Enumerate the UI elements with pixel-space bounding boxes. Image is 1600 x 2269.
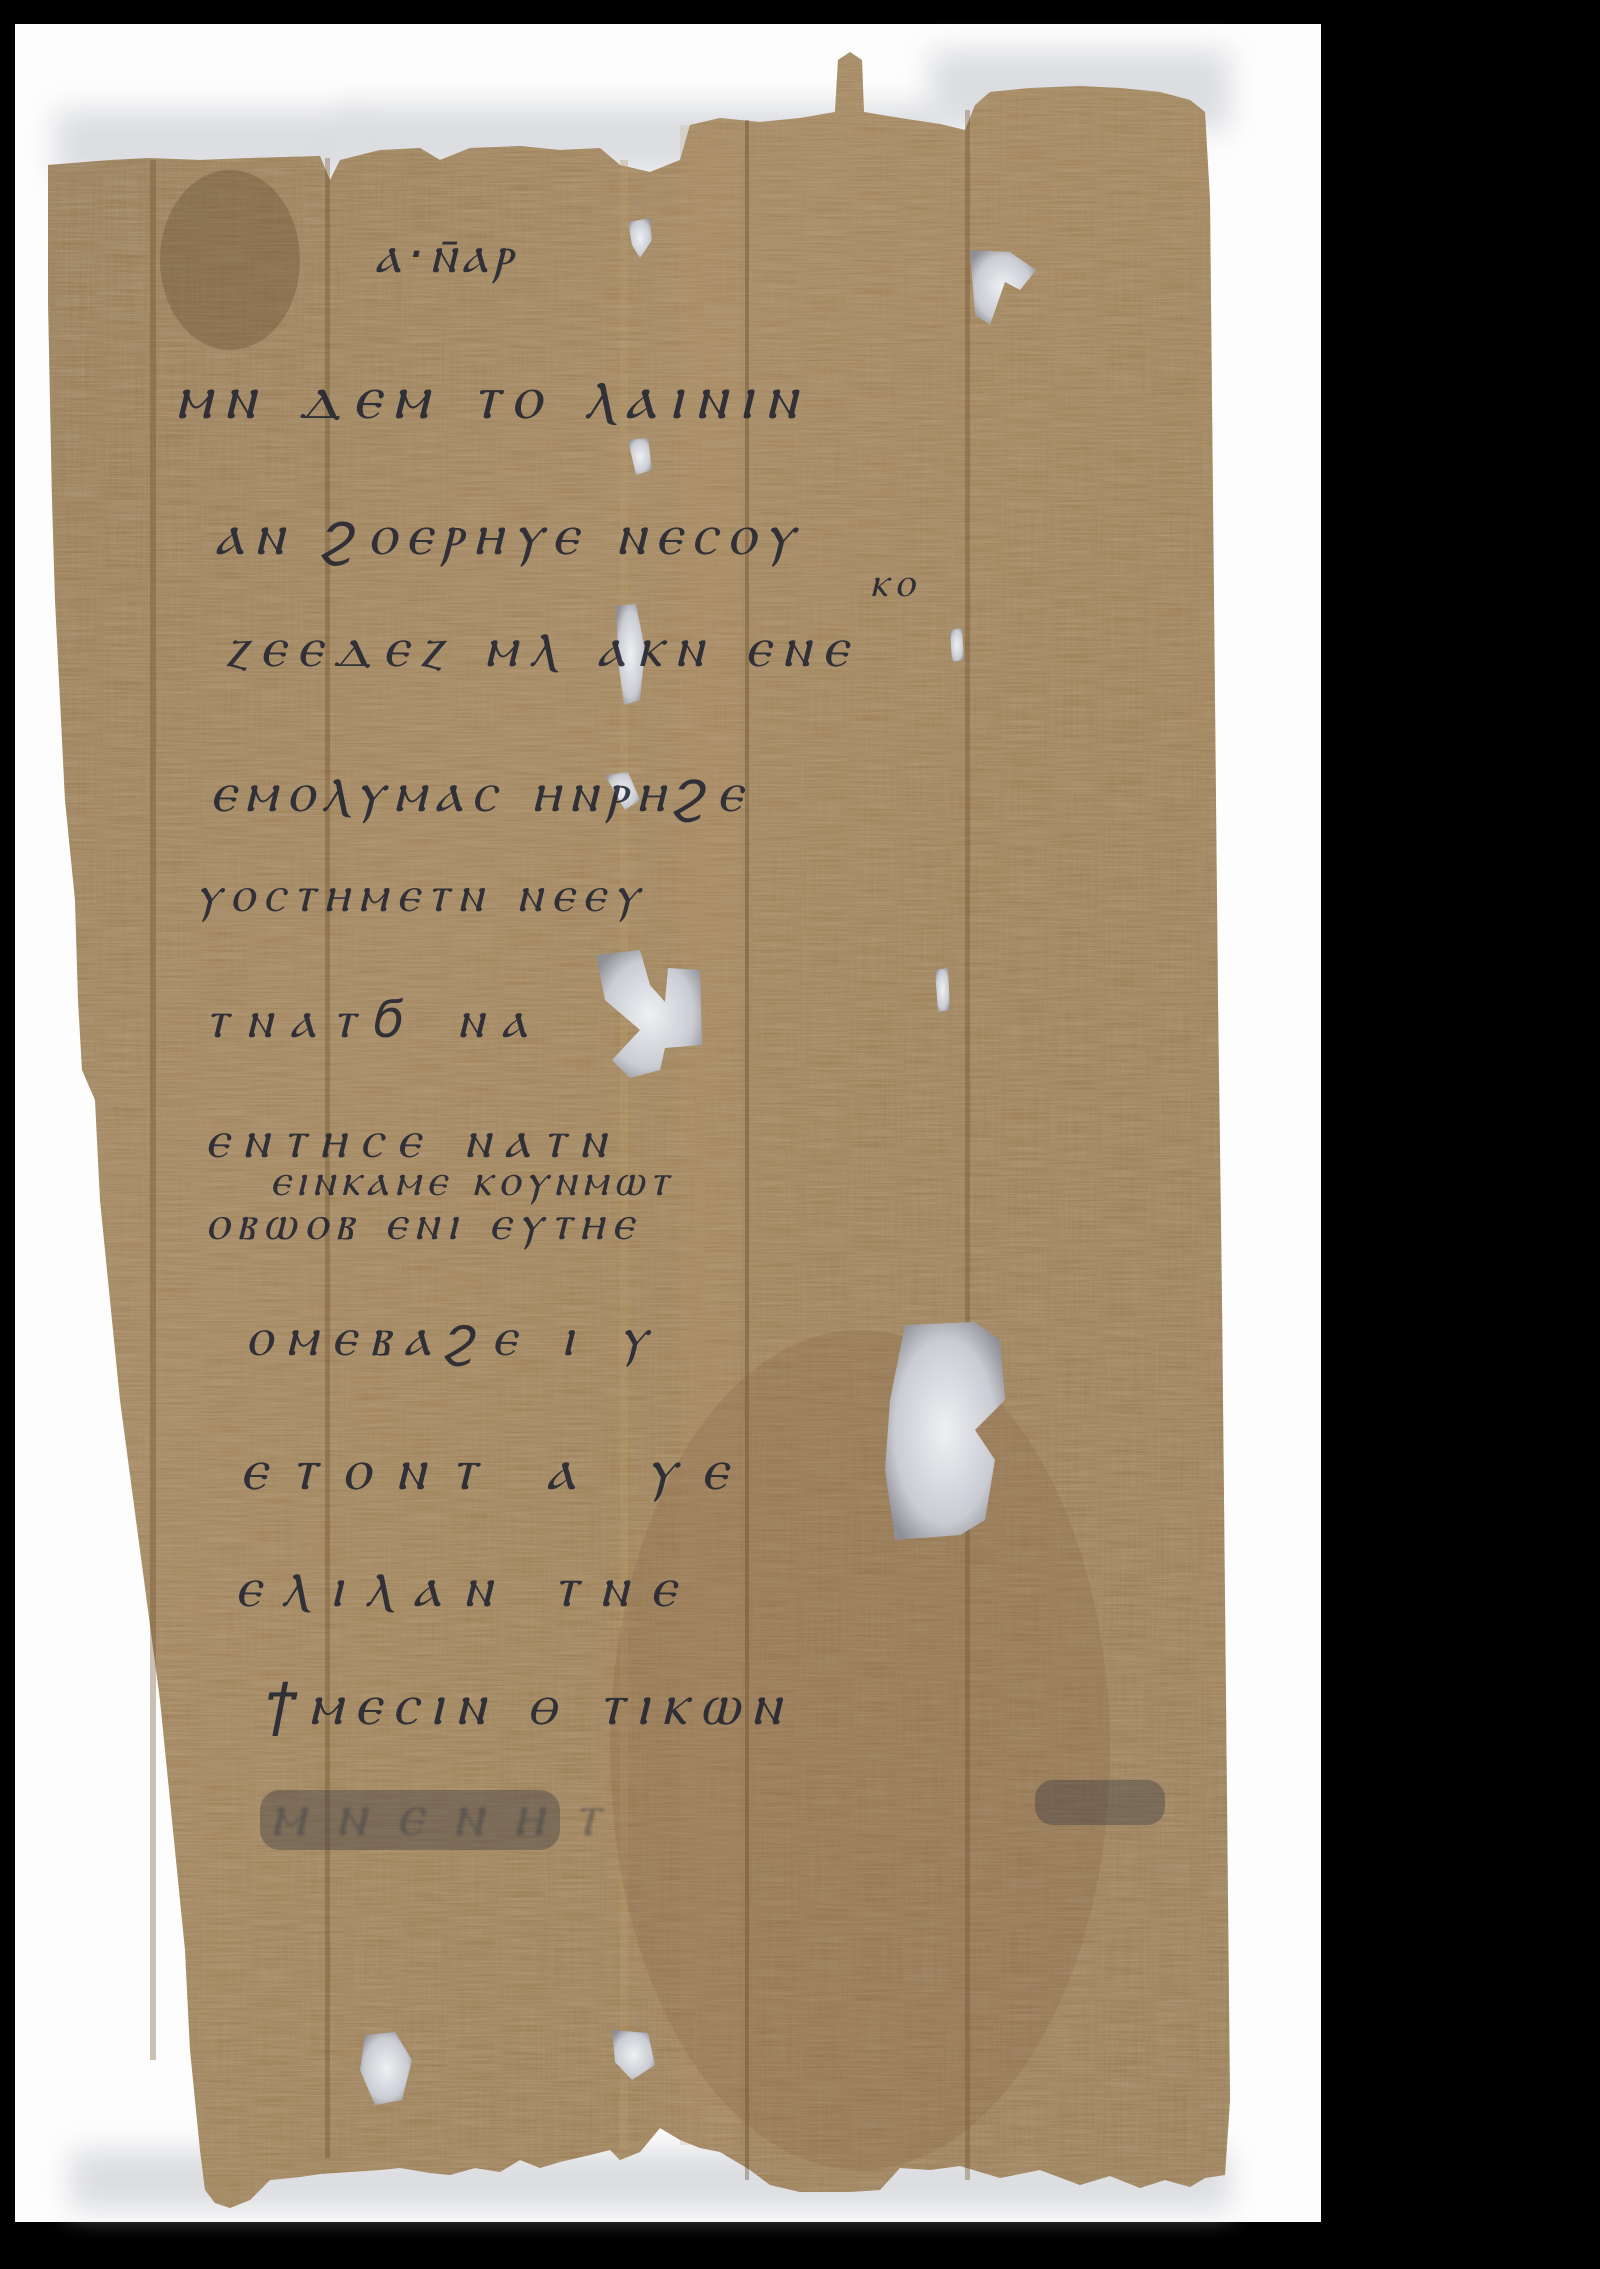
text-line-4: ⲍⲉⲉⲇⲉⲍ ⲙⲗ ⲁⲕⲛ ⲉⲛⲉ [225,615,859,681]
text-line-11: ⲟⲙⲉⲃⲁϩⲉ ⲓ ⲩ [245,1305,661,1369]
text-line-10: ⲟⲃⲱⲟⲃ ⲉⲛⲓ ⲉⲩⲧⲏⲉ [205,1195,641,1252]
text-line-1: ⲁ·ⲛ̄ⲁⲣ [375,225,518,286]
text-line-3: ⲁⲛ ϩⲟⲉⲣⲏⲩⲉ ⲛⲉⲥⲟⲩ [215,500,804,569]
text-line-15-faded: ⲙⲛⲉⲛⲏⲧ [270,1780,629,1850]
text-line-13: ⲉⲗⲓⲗⲁⲛ ⲧⲛⲉ [235,1555,697,1621]
text-line-6: ⲩⲟⲥⲧⲏⲙⲉⲧⲛ ⲛⲉⲉⲩ [195,865,647,924]
hole [950,628,964,662]
text-line-5: ⲉⲙⲟⲗⲩⲙⲁⲥ ⲏⲛⲣⲏϩⲉ [210,760,751,826]
text-line-2: ⲙⲛ ⲇⲉⲙ ⲧⲟ ⲗⲁⲓⲛⲓⲛ [175,360,808,434]
stain [160,170,300,350]
text-line-3b: ⲕⲟ [870,560,920,606]
text-line-12: ⲉⲧⲟⲛⲧ ⲁ ⲩⲉ [240,1435,753,1504]
text-line-7: ⲧⲛⲁⲧϭ ⲛⲁ [205,990,545,1051]
text-line-14: ϯⲙⲉⲥⲓⲛ ⲑ ⲧⲓⲕⲱⲛ [265,1670,792,1739]
